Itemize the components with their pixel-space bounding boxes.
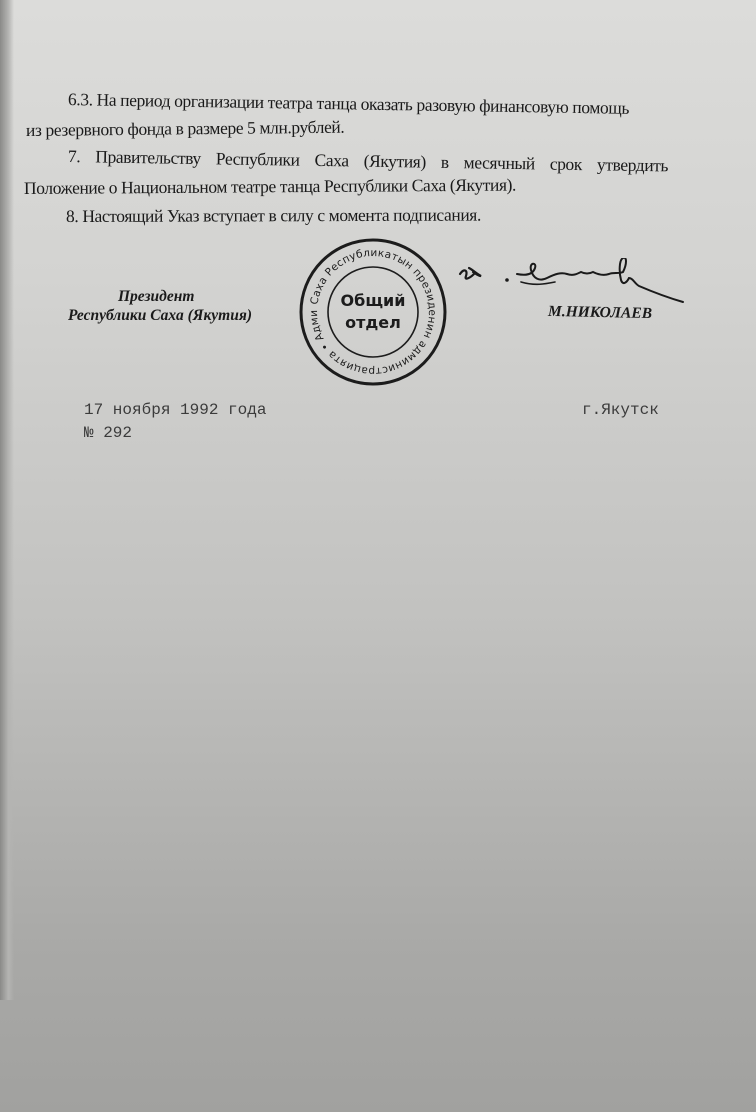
paragraph-8: 8. Настоящий Указ вступает в силу с моме… xyxy=(66,207,481,226)
document-number: № 292 xyxy=(84,424,132,442)
paragraph-7-line-1: 7. Правительству Республики Саха (Якутия… xyxy=(68,148,748,176)
official-stamp: Саха Республикатын президенин администра… xyxy=(298,236,448,388)
stamp-center-line-2: отдел xyxy=(345,313,401,332)
document-date: 17 ноября 1992 года xyxy=(84,401,266,419)
paragraph-6-3-line-2: из резервного фонда в размере 5 млн.рубл… xyxy=(26,119,345,140)
paragraph-7-line-2: Положение о Национальном театре танца Ре… xyxy=(24,177,516,198)
page-shadow-edge xyxy=(0,0,14,1000)
signer-name: М.НИКОЛАЕВ xyxy=(548,303,652,323)
stamp-center-line-1: Общий xyxy=(341,291,406,310)
paragraph-6-3-line-1: 6.3. На период организации театра танца … xyxy=(68,91,748,119)
signer-title-line-2: Республики Саха (Якутия) xyxy=(68,307,252,325)
signer-title-line-1: Президент xyxy=(118,288,194,306)
document-city: г.Якутск xyxy=(582,401,659,419)
